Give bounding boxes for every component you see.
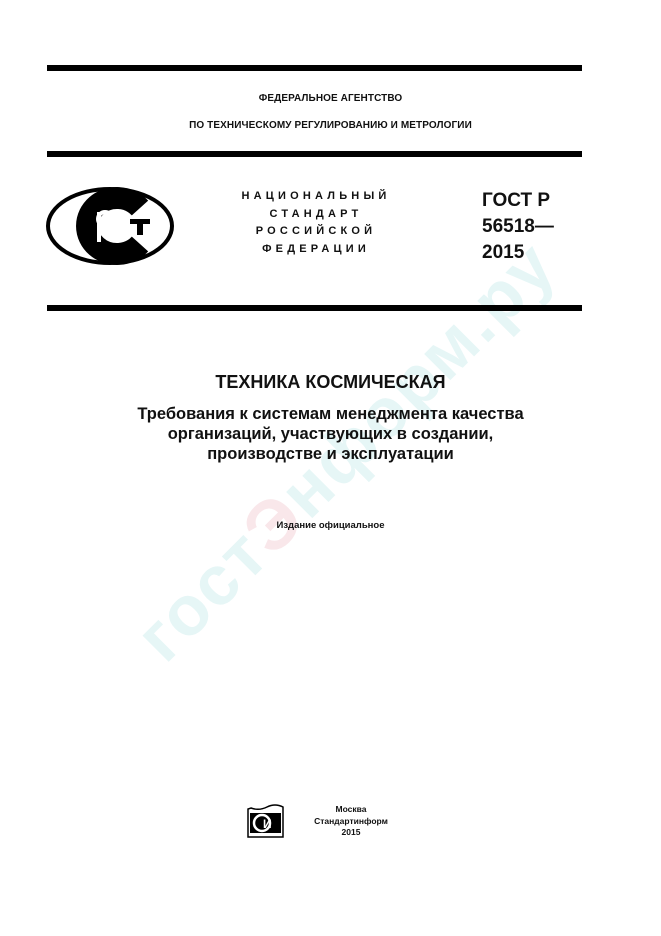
svg-text:И: И xyxy=(263,817,272,831)
subtitle-line: Требования к системам менеджмента качест… xyxy=(0,404,661,424)
top-rule xyxy=(47,65,582,71)
standartinform-logo-icon: И xyxy=(247,803,285,839)
document-title: ТЕХНИКА КОСМИЧЕСКАЯ xyxy=(0,372,661,393)
designation-line: ГОСТ Р xyxy=(482,188,554,214)
header-bottom-rule xyxy=(47,305,582,311)
standard-type-line: СТАНДАРТ xyxy=(228,206,404,224)
publisher-city: Москва xyxy=(306,804,396,816)
publisher-block: Москва Стандартинформ 2015 xyxy=(306,804,396,839)
agency-rule xyxy=(47,151,582,157)
publisher-year: 2015 xyxy=(306,827,396,839)
standard-type: НАЦИОНАЛЬНЫЙ СТАНДАРТ РОССИЙСКОЙ ФЕДЕРАЦ… xyxy=(228,188,404,258)
subtitle-line: производстве и эксплуатации xyxy=(0,444,661,464)
standard-type-line: РОССИЙСКОЙ xyxy=(228,223,404,241)
standard-type-line: НАЦИОНАЛЬНЫЙ xyxy=(228,188,404,206)
agency-line-2: ПО ТЕХНИЧЕСКОМУ РЕГУЛИРОВАНИЮ И МЕТРОЛОГ… xyxy=(0,120,661,131)
designation-line: 2015 xyxy=(482,240,554,266)
document-subtitle: Требования к системам менеджмента качест… xyxy=(0,404,661,464)
agency-line-1: ФЕДЕРАЛЬНОЕ АГЕНТСТВО xyxy=(0,93,661,104)
edition-label: Издание официальное xyxy=(0,520,661,531)
standard-type-line: ФЕДЕРАЦИИ xyxy=(228,241,404,259)
subtitle-line: организаций, участвующих в создании, xyxy=(0,424,661,444)
designation-line: 56518— xyxy=(482,214,554,240)
standard-designation: ГОСТ Р 56518— 2015 xyxy=(482,188,554,266)
publisher-name: Стандартинформ xyxy=(306,816,396,828)
rst-mark-icon xyxy=(45,186,175,266)
